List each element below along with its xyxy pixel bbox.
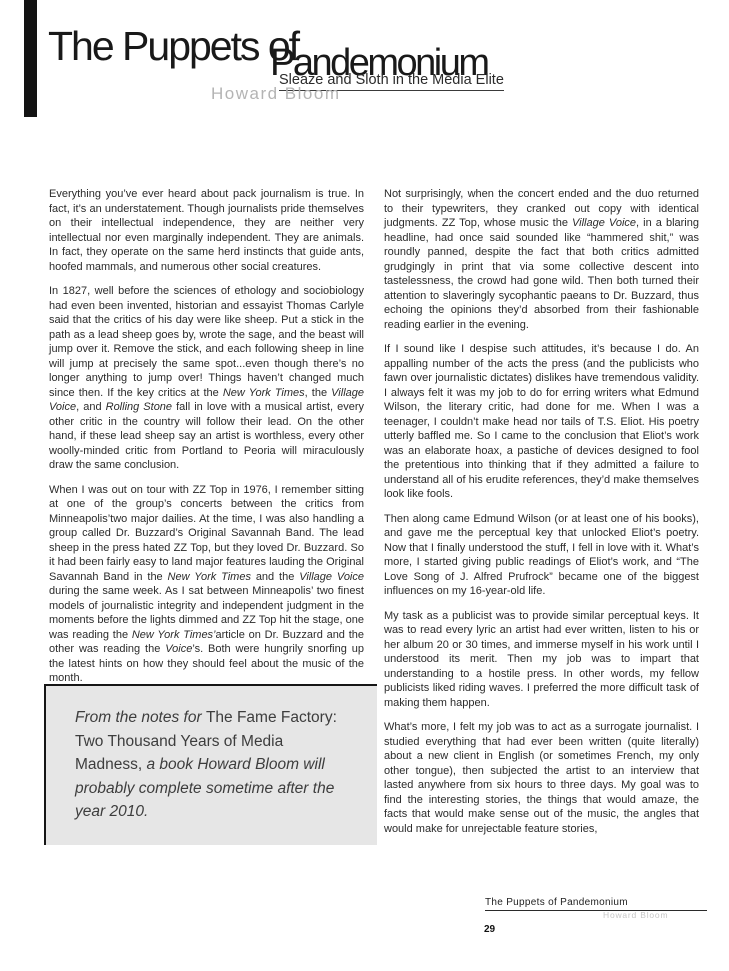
page-number: 29 <box>484 924 495 935</box>
corner-accent-bar <box>24 0 37 117</box>
page-title-line1: The Puppets of <box>48 26 298 67</box>
paragraph: When I was out on tour with ZZ Top in 19… <box>49 483 364 686</box>
pull-quote-text: From the notes for The Fame Factory: Two… <box>75 706 351 824</box>
paragraph: What’s more, I felt my job was to act as… <box>384 720 699 836</box>
paragraph: Everything you’ve ever heard about pack … <box>49 187 364 274</box>
paragraph: In 1827, well before the sciences of eth… <box>49 284 364 473</box>
footer-author: Howard Bloom <box>603 910 668 920</box>
footer-title: The Puppets of Pandemonium <box>485 897 628 908</box>
paragraph: If I sound like I despise such attitudes… <box>384 342 699 502</box>
right-column: Not surprisingly, when the concert ended… <box>384 187 699 846</box>
paragraph: Not surprisingly, when the concert ended… <box>384 187 699 332</box>
author-byline: Howard Bloom <box>211 84 341 104</box>
document-page: The Puppets of Pandemonium Sleaze and Sl… <box>0 0 729 971</box>
paragraph: Then along came Edmund Wilson (or at lea… <box>384 512 699 599</box>
pull-quote-box: From the notes for The Fame Factory: Two… <box>44 684 377 845</box>
paragraph: My task as a publicist was to provide si… <box>384 609 699 711</box>
footer-rule: The Puppets of Pandemonium <box>485 897 707 911</box>
